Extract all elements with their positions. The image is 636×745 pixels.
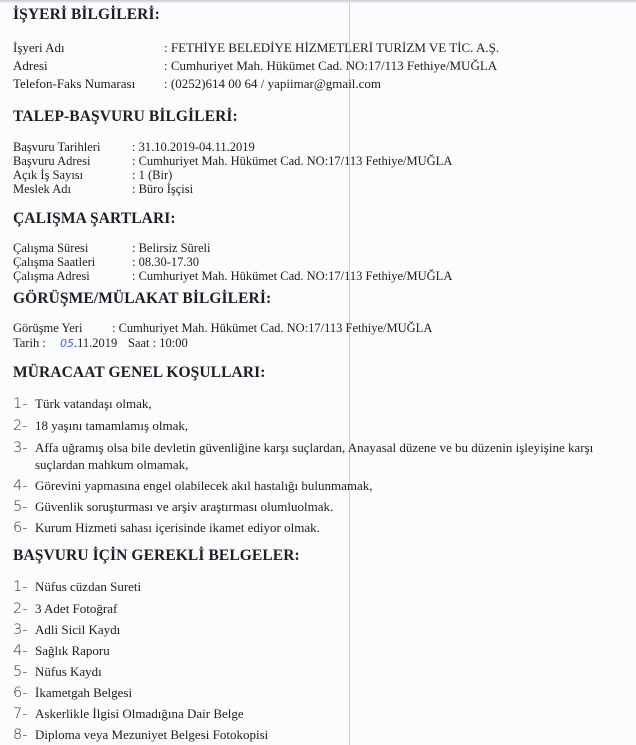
row-value: : Büro İşçisi xyxy=(132,182,193,197)
list-item: 1-Nüfus cüzdan Sureti xyxy=(13,579,141,595)
section-title-conditions: MÜRACAAT GENEL KOŞULLARI: xyxy=(13,364,266,382)
item-text: suçlardan mahkum olmamak, xyxy=(35,457,188,472)
row-label: Başvuru Tarihleri xyxy=(13,140,100,155)
list-item: 5-Nüfus Kaydı xyxy=(13,664,102,680)
list-item: 2-3 Adet Fotoğraf xyxy=(13,601,117,617)
item-number: 3- xyxy=(13,622,35,638)
item-text: Kurum Hizmeti sahası içerisinde ikamet e… xyxy=(35,520,320,535)
item-text: 18 yaşını tamamlamış olmak, xyxy=(35,418,188,433)
section-title-working: ÇALIŞMA ŞARTLARI: xyxy=(13,210,176,228)
list-item: 3-Affa uğramış olsa bile devletin güvenl… xyxy=(13,440,593,456)
item-text: 3 Adet Fotoğraf xyxy=(35,601,117,616)
item-number: 6- xyxy=(13,685,35,701)
item-number: 5- xyxy=(13,499,35,515)
list-item: 2-18 yaşını tamamlamış olmak, xyxy=(13,418,188,434)
row-label: Çalışma Süresi xyxy=(13,241,88,256)
item-text: Sağlık Raporu xyxy=(35,643,110,658)
list-item: 4-Sağlık Raporu xyxy=(13,643,110,659)
row-value: : 08.30-17.30 xyxy=(132,255,199,270)
row-value: : Cumhuriyet Mah. Hükümet Cad. NO:17/113… xyxy=(164,58,497,74)
item-number: 2- xyxy=(13,601,35,617)
item-number: 4- xyxy=(13,478,35,494)
item-text: Görevini yapmasına engel olabilecek akıl… xyxy=(35,478,373,493)
row-label: Açık İş Sayısı xyxy=(13,168,83,183)
row-value: : FETHİYE BELEDİYE HİZMETLERİ TURİZM VE … xyxy=(164,40,499,56)
row-label: Çalışma Saatleri xyxy=(13,255,95,270)
item-number: 4- xyxy=(13,643,35,659)
row-value: : Belirsiz Süreli xyxy=(132,241,210,256)
item-number: 1- xyxy=(13,396,35,412)
row-label: Meslek Adı xyxy=(13,182,71,197)
list-item: 7-Askerlikle İlgisi Olmadığına Dair Belg… xyxy=(13,706,244,722)
row-label: Görüşme Yeri xyxy=(13,321,82,336)
item-number: 1- xyxy=(13,579,35,595)
time-value: Saat : 10:00 xyxy=(128,336,188,351)
item-number: 3- xyxy=(13,440,35,456)
item-text: Türk vatandaşı olmak, xyxy=(35,396,152,411)
list-item-continuation: suçlardan mahkum olmamak, xyxy=(35,457,188,473)
section-title-interview: GÖRÜŞME/MÜLAKAT BİLGİLERİ: xyxy=(13,290,271,308)
row-value: : Cumhuriyet Mah. Hükümet Cad. NO:17/113… xyxy=(132,154,452,169)
list-item: 6-İkametgah Belgesi xyxy=(13,685,132,701)
item-number: 2- xyxy=(13,418,35,434)
row-label: Başvuru Adresi xyxy=(13,154,90,169)
row-value: : 1 (Bir) xyxy=(132,168,172,183)
handwritten-day: 05 xyxy=(60,337,74,350)
row-label: Çalışma Adresi xyxy=(13,269,90,284)
item-text: Askerlikle İlgisi Olmadığına Dair Belge xyxy=(35,706,244,721)
row-value: : 31.10.2019-04.11.2019 xyxy=(132,140,255,155)
item-number: 5- xyxy=(13,664,35,680)
item-text: Nüfus Kaydı xyxy=(35,664,102,679)
item-text: Güvenlik soruşturması ve arşiv araştırma… xyxy=(35,499,333,514)
row-value: : (0252)614 00 64 / yapiimar@gmail.com xyxy=(164,76,381,92)
date-value: .11.2019 xyxy=(74,336,117,351)
row-value: : Cumhuriyet Mah. Hükümet Cad. NO:17/113… xyxy=(112,321,432,336)
row-label: Telefon-Faks Numarası xyxy=(13,76,135,92)
row-value: : Cumhuriyet Mah. Hükümet Cad. NO:17/113… xyxy=(132,269,452,284)
section-title-application: TALEP-BAŞVURU BİLGİLERİ: xyxy=(13,108,238,126)
list-item: 6-Kurum Hizmeti sahası içerisinde ikamet… xyxy=(13,520,320,536)
list-item: 8-Diploma veya Mezuniyet Belgesi Fotokop… xyxy=(13,727,268,743)
date-label: Tarih : xyxy=(13,336,46,351)
item-text: Diploma veya Mezuniyet Belgesi Fotokopis… xyxy=(35,727,268,742)
item-number: 7- xyxy=(13,706,35,722)
document-page: İŞYERİ BİLGİLERİ: İşyeri Adı : FETHİYE B… xyxy=(0,0,636,745)
list-item: 3-Adli Sicil Kaydı xyxy=(13,622,120,638)
section-title-employer: İŞYERİ BİLGİLERİ: xyxy=(13,6,160,24)
row-label: Adresi xyxy=(13,58,48,74)
item-text: Adli Sicil Kaydı xyxy=(35,622,120,637)
item-number: 8- xyxy=(13,727,35,743)
item-text: Affa uğramış olsa bile devletin güvenliğ… xyxy=(35,440,593,455)
item-text: Nüfus cüzdan Sureti xyxy=(35,579,141,594)
row-label: İşyeri Adı xyxy=(13,40,65,56)
list-item: 4-Görevini yapmasına engel olabilecek ak… xyxy=(13,478,373,494)
item-text: İkametgah Belgesi xyxy=(35,685,132,700)
section-title-documents: BAŞVURU İÇİN GEREKLİ BELGELER: xyxy=(13,547,300,565)
list-item: 1-Türk vatandaşı olmak, xyxy=(13,396,152,412)
list-item: 5-Güvenlik soruşturması ve arşiv araştır… xyxy=(13,499,333,515)
item-number: 6- xyxy=(13,520,35,536)
